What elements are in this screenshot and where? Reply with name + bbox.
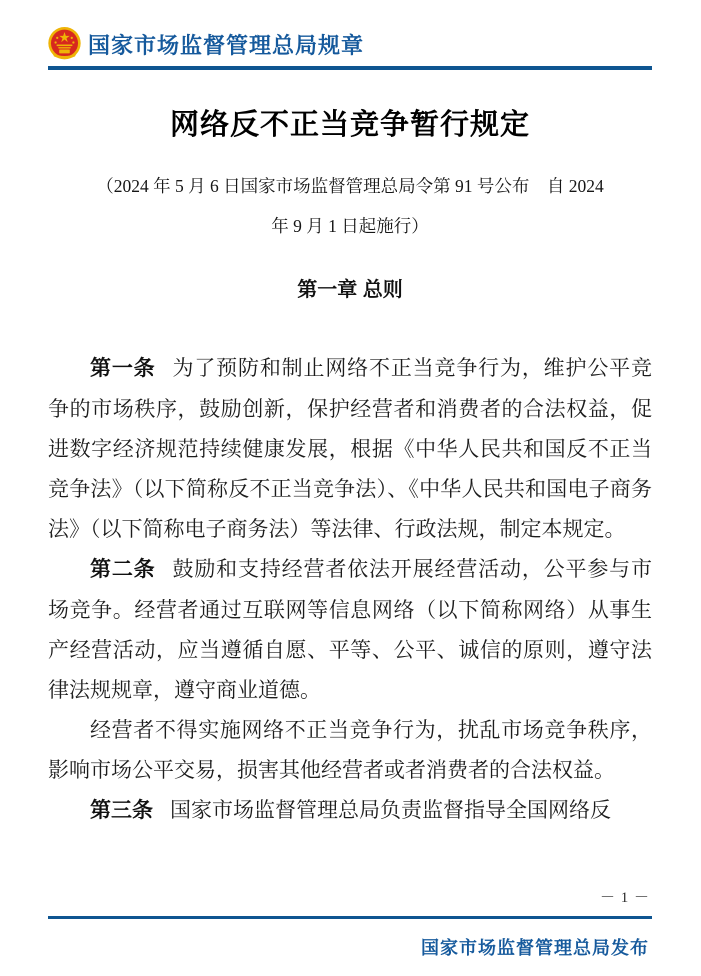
footer-divider-line [48, 916, 652, 919]
paragraph-article-2: 第二条鼓励和支持经营者依法开展经营活动，公平参与市场竞争。经营者通过互联网等信息… [48, 549, 652, 710]
article-text: 经营者不得实施网络不正当竞争行为，扰乱市场竞争秩序，影响市场公平交易，损害其他经… [48, 718, 652, 782]
article-number: 第一条 [90, 357, 156, 380]
document-page: 国家市场监督管理总局规章 网络反不正当竞争暂行规定 （2024 年 5 月 6 … [0, 0, 701, 976]
article-text: 为了预防和制止网络不正当竞争行为，维护公平竞争的市场秩序，鼓励创新，保护经营者和… [48, 356, 652, 541]
issuance-line-1: （2024 年 5 月 6 日国家市场监督管理总局令第 91 号公布 自 202… [48, 166, 652, 206]
paragraph-article-2-cont: 经营者不得实施网络不正当竞争行为，扰乱市场竞争秩序，影响市场公平交易，损害其他经… [48, 710, 652, 790]
document-title: 网络反不正当竞争暂行规定 [48, 106, 652, 144]
article-number: 第二条 [90, 558, 156, 581]
page-number: － 1 － [600, 886, 650, 907]
issuance-note: （2024 年 5 月 6 日国家市场监督管理总局令第 91 号公布 自 202… [48, 166, 652, 246]
publisher-label: 国家市场监督管理总局发布 [421, 934, 649, 960]
china-national-emblem-icon [48, 26, 81, 63]
header-divider-line [48, 66, 652, 70]
paragraph-article-1: 第一条为了预防和制止网络不正当竞争行为，维护公平竞争的市场秩序，鼓励创新，保护经… [48, 348, 652, 549]
body-text: 第一条为了预防和制止网络不正当竞争行为，维护公平竞争的市场秩序，鼓励创新，保护经… [48, 348, 652, 831]
issuance-line-2: 年 9 月 1 日起施行） [48, 206, 652, 246]
article-number: 第三条 [90, 799, 153, 822]
document-content: 网络反不正当竞争暂行规定 （2024 年 5 月 6 日国家市场监督管理总局令第… [48, 100, 652, 831]
page-header: 国家市场监督管理总局规章 [48, 26, 652, 63]
chapter-heading: 第一章 总则 [48, 276, 652, 304]
article-text: 国家市场监督管理总局负责监督指导全国网络反 [170, 798, 611, 822]
agency-rule-label: 国家市场监督管理总局规章 [88, 29, 364, 60]
paragraph-article-3: 第三条国家市场监督管理总局负责监督指导全国网络反 [48, 790, 652, 831]
